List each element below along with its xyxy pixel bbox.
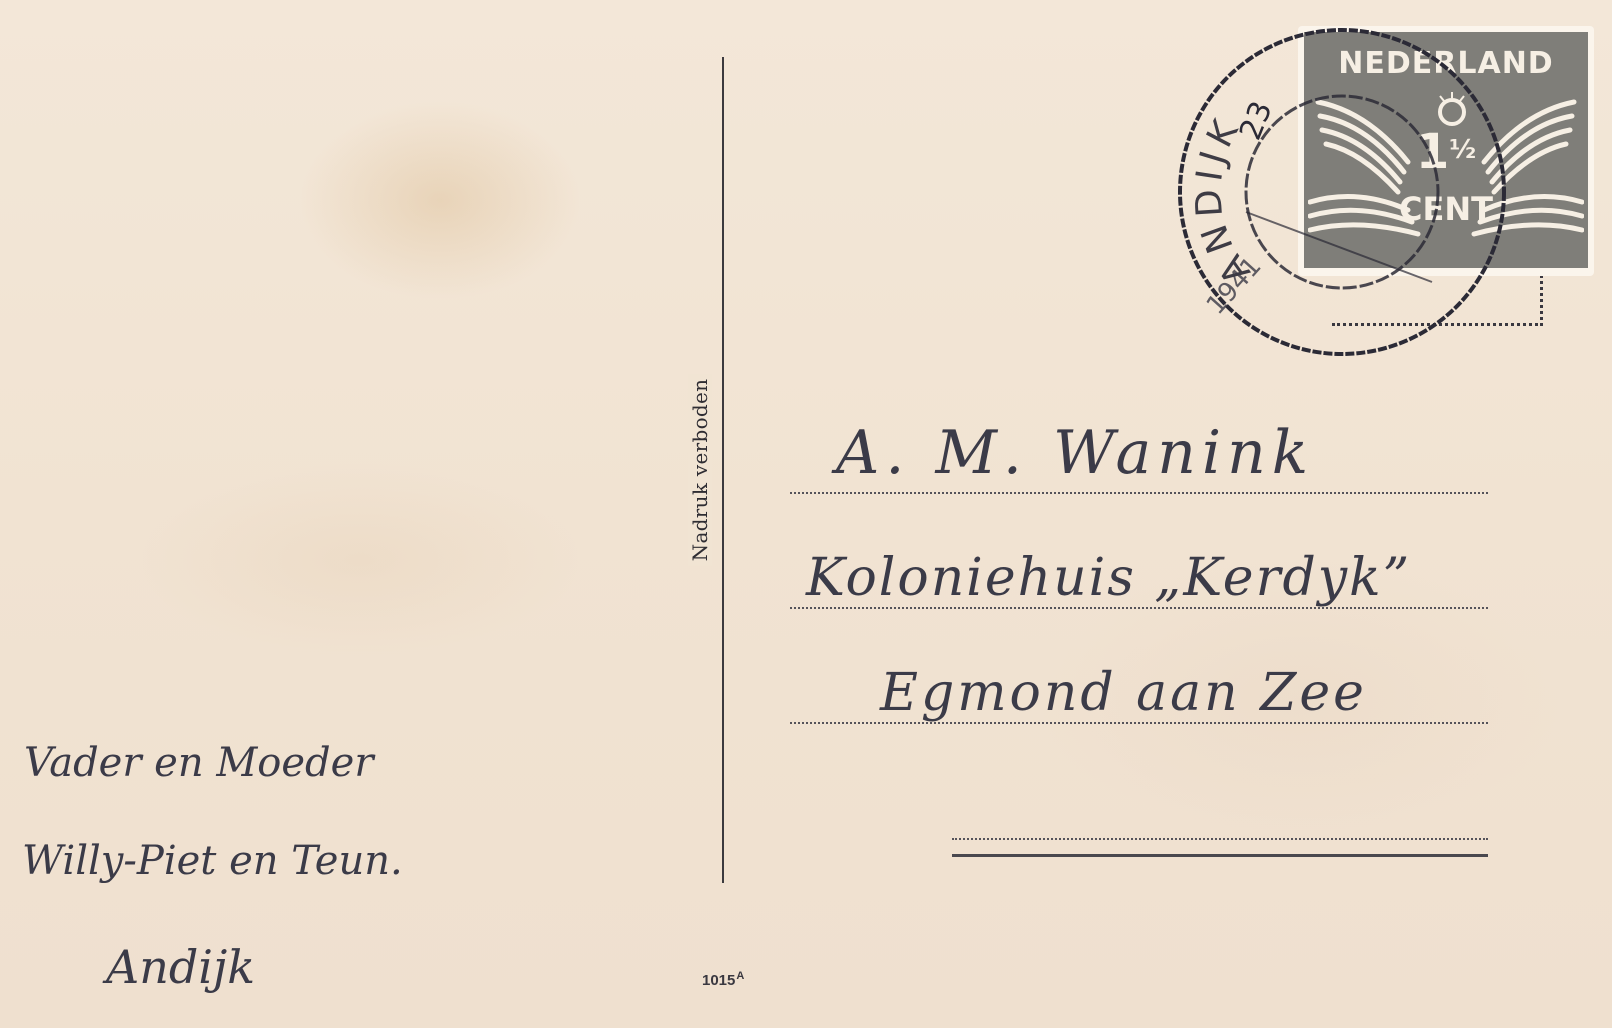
sender-line-1: Vader en Moeder bbox=[24, 740, 373, 786]
stamp-value: 1½ bbox=[1304, 124, 1588, 180]
divider-text: Nadruk verboden bbox=[688, 375, 712, 566]
svg-text:1941: 1941 bbox=[1201, 251, 1268, 320]
postcard-back: Vader en Moeder Willy-Piet en Teun. Andi… bbox=[0, 0, 1612, 1028]
stamp-unit: CENT bbox=[1304, 190, 1588, 228]
print-code: 1015A bbox=[702, 970, 744, 989]
svg-text:ANDIJK: ANDIJK bbox=[1188, 109, 1259, 291]
address-rule-4 bbox=[952, 838, 1488, 840]
stamp-country: NEDERLAND bbox=[1304, 46, 1588, 81]
sender-line-2: Willy-Piet en Teun. bbox=[22, 838, 403, 884]
address-line-2: Koloniehuis „Kerdyk” bbox=[806, 548, 1411, 608]
address-rule-3 bbox=[790, 722, 1488, 724]
address-line-3: Egmond aan Zee bbox=[880, 663, 1367, 723]
address-rule-final bbox=[952, 854, 1488, 857]
address-line-1: A. M. Wanink bbox=[836, 418, 1314, 488]
address-rule-2 bbox=[790, 607, 1488, 609]
center-divider bbox=[722, 57, 724, 883]
svg-text:23: 23 bbox=[1233, 96, 1280, 145]
address-rule-1 bbox=[790, 492, 1488, 494]
postage-stamp: NEDERLAND bbox=[1298, 26, 1594, 276]
sender-line-3: Andijk bbox=[106, 940, 255, 994]
